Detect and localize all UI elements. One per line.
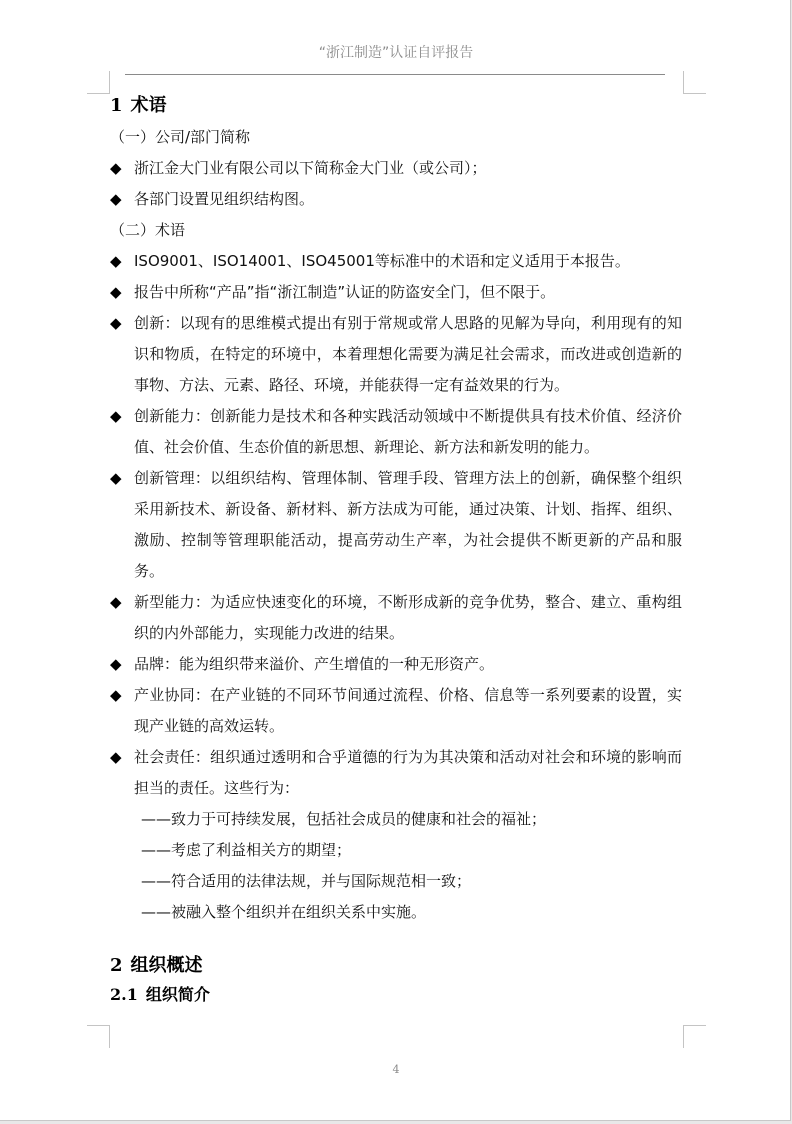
list-item-text: 产业协同：在产业链的不同环节间通过流程、价格、信息等一系列要素的设置，实现产业链… <box>134 686 682 735</box>
list-item: ◆ 社会责任：组织通过透明和合乎道德的行为为其决策和活动对社会和环境的影响而担当… <box>110 742 682 804</box>
page-number: 4 <box>0 1063 792 1076</box>
diamond-bullet-icon: ◆ <box>110 742 132 773</box>
margin-corner-top-right <box>683 71 706 94</box>
diamond-bullet-icon: ◆ <box>110 587 132 618</box>
section-title: 组织概述 <box>131 955 203 976</box>
list-item: ◆ 产业协同：在产业链的不同环节间通过流程、价格、信息等一系列要素的设置，实现产… <box>110 680 682 742</box>
list-item: ◆ 创新：以现有的思维模式提出有别于常规或常人思路的见解为导向，利用现有的知识和… <box>110 308 682 401</box>
diamond-bullet-icon: ◆ <box>110 401 132 432</box>
list-item: ◆ 创新能力：创新能力是技术和各种实践活动领域中不断提供具有技术价值、经济价值、… <box>110 401 682 463</box>
list-item-text: 创新能力：创新能力是技术和各种实践活动领域中不断提供具有技术价值、经济价值、社会… <box>134 407 682 456</box>
list-item-text: 浙江金大门业有限公司以下简称金大门业（或公司）； <box>134 159 487 177</box>
margin-corner-bottom-right <box>683 1025 706 1048</box>
page-body: 1术语 （一）公司/部门简称 ◆ 浙江金大门业有限公司以下简称金大门业（或公司）… <box>110 92 685 1012</box>
list-item: ◆ 品牌：能为组织带来溢价、产生增值的一种无形资产。 <box>110 649 682 680</box>
list-item: ◆ 各部门设置见组织结构图。 <box>110 184 682 215</box>
diamond-bullet-icon: ◆ <box>110 463 132 494</box>
list-item-text: 创新管理：以组织结构、管理体制、管理手段、管理方法上的创新，确保整个组织采用新技… <box>134 469 682 580</box>
list-item: ◆ 浙江金大门业有限公司以下简称金大门业（或公司）； <box>110 153 682 184</box>
diamond-bullet-icon: ◆ <box>110 153 132 184</box>
diamond-bullet-icon: ◆ <box>110 680 132 711</box>
subsection-label: （一）公司/部门简称 <box>110 122 685 153</box>
list-item-text: ISO9001、ISO14001、ISO45001等标准中的术语和定义适用于本报… <box>134 252 630 270</box>
diamond-bullet-icon: ◆ <box>110 184 132 215</box>
list-item: ◆ 创新管理：以组织结构、管理体制、管理手段、管理方法上的创新，确保整个组织采用… <box>110 463 682 587</box>
list-item-text: 新型能力：为适应快速变化的环境，不断形成新的竞争优势，整合、建立、重构组织的内外… <box>134 593 682 642</box>
list-item-text: 创新：以现有的思维模式提出有别于常规或常人思路的见解为导向，利用现有的知识和物质… <box>134 314 682 394</box>
page-header-title: “浙江制造”认证自评报告 <box>0 44 792 62</box>
section-number: 1 <box>110 95 123 116</box>
list-item: ◆ 新型能力：为适应快速变化的环境，不断形成新的竞争优势，整合、建立、重构组织的… <box>110 587 682 649</box>
document-page: “浙江制造”认证自评报告 1术语 （一）公司/部门简称 ◆ 浙江金大门业有限公司… <box>0 0 791 1121</box>
subsection-label: （二）术语 <box>110 215 685 246</box>
section-spacer <box>110 928 685 952</box>
dash-item: ——致力于可持续发展，包括社会成员的健康和社会的福祉； <box>110 804 685 835</box>
subsection-2-1-heading: 2.1组织简介 <box>110 982 685 1012</box>
list-item: ◆ ISO9001、ISO14001、ISO45001等标准中的术语和定义适用于… <box>110 246 682 277</box>
subsection-number: 2.1 <box>110 985 138 1004</box>
list-item-text: 报告中所称“产品”指“浙江制造”认证的防盗安全门，但不限于。 <box>134 283 555 301</box>
margin-corner-bottom-left <box>87 1025 110 1048</box>
list-item-text: 品牌：能为组织带来溢价、产生增值的一种无形资产。 <box>134 655 494 673</box>
dash-item: ——符合适用的法律法规，并与国际规范相一致； <box>110 866 685 897</box>
list-item-text: 社会责任：组织通过透明和合乎道德的行为为其决策和活动对社会和环境的影响而担当的责… <box>134 748 682 797</box>
section-1-heading: 1术语 <box>110 92 685 122</box>
diamond-bullet-icon: ◆ <box>110 246 132 277</box>
header-divider <box>125 74 665 75</box>
section-2-heading: 2组织概述 <box>110 952 685 982</box>
section-title: 术语 <box>131 95 167 116</box>
section-number: 2 <box>110 955 123 976</box>
dash-item: ——被融入整个组织并在组织关系中实施。 <box>110 897 685 928</box>
diamond-bullet-icon: ◆ <box>110 649 132 680</box>
diamond-bullet-icon: ◆ <box>110 308 132 339</box>
margin-corner-top-left <box>87 71 110 94</box>
list-item: ◆ 报告中所称“产品”指“浙江制造”认证的防盗安全门，但不限于。 <box>110 277 682 308</box>
subsection-title: 组织简介 <box>146 985 210 1004</box>
list-item-text: 各部门设置见组织结构图。 <box>134 190 314 208</box>
diamond-bullet-icon: ◆ <box>110 277 132 308</box>
dash-item: ——考虑了利益相关方的期望； <box>110 835 685 866</box>
